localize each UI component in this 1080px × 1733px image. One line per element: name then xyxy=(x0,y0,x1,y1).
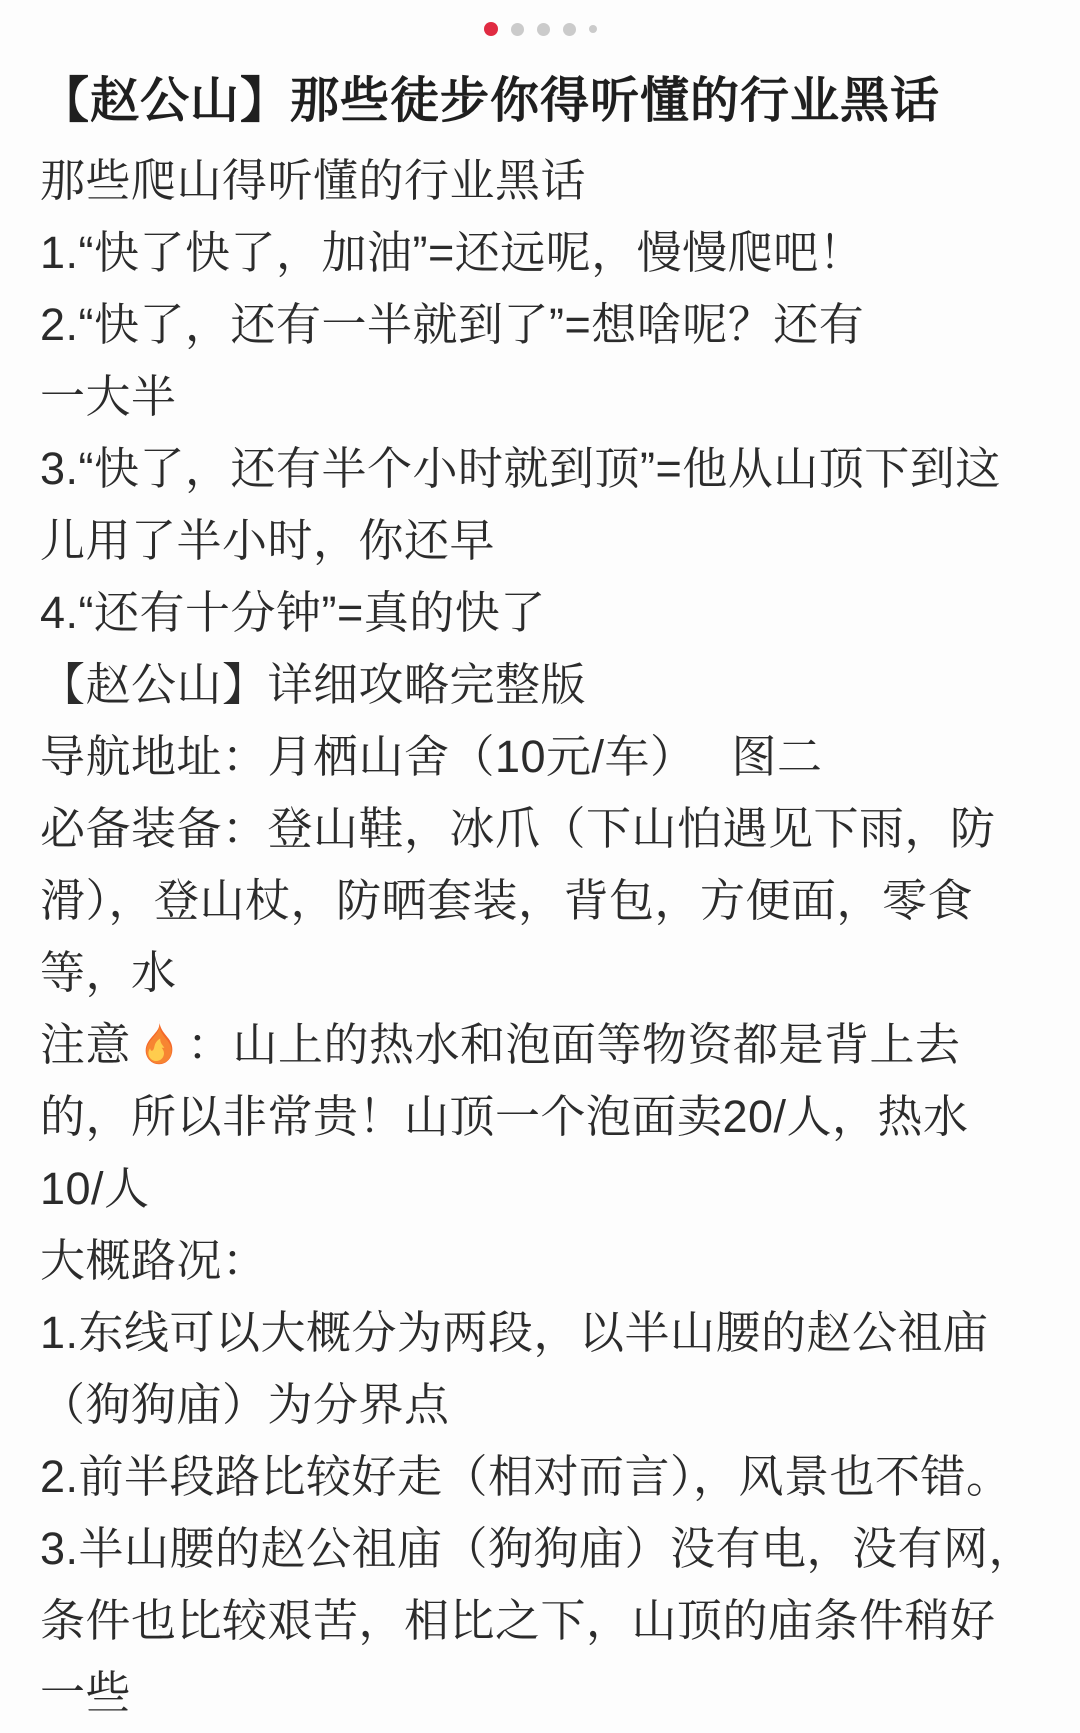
text-line: 【赵公山】详细攻略完整版 xyxy=(40,649,1080,721)
note-image-page: 【赵公山】那些徒步你得听懂的行业黑话 那些爬山得听懂的行业黑话1.“快了快了，加… xyxy=(0,0,1080,1733)
text-line: 10/人 xyxy=(40,1153,1080,1225)
carousel-dot xyxy=(563,23,576,36)
text-line: 那些爬山得听懂的行业黑话 xyxy=(40,145,1080,217)
text-line: 条件也比较艰苦，相比之下，山顶的庙条件稍好 xyxy=(40,1585,1080,1657)
text-line: 4.“还有十分钟”=真的快了 xyxy=(40,577,1080,649)
text-line: 注意 ：山上的热水和泡面等物资都是背上去 xyxy=(40,1009,1080,1081)
carousel-dot xyxy=(537,23,550,36)
text-line: 滑），登山杖，防晒套装，背包，方便面，零食 xyxy=(40,865,1080,937)
text-line: 3.“快了，还有半个小时就到顶”=他从山顶下到这 xyxy=(40,433,1080,505)
fire-emoji-icon xyxy=(134,1018,184,1068)
text-line: 一些 xyxy=(40,1657,1080,1729)
text-line: 的，所以非常贵！山顶一个泡面卖20/人，热水 xyxy=(40,1081,1080,1153)
text-line: 等，水 xyxy=(40,937,1080,1009)
post-title: 【赵公山】那些徒步你得听懂的行业黑话 xyxy=(40,73,1050,129)
text-line: 3.半山腰的赵公祖庙（狗狗庙）没有电，没有网， xyxy=(40,1513,1080,1585)
carousel-dot-active xyxy=(484,22,498,36)
carousel-dot xyxy=(589,25,597,33)
post-body: 那些爬山得听懂的行业黑话1.“快了快了，加油”=还远呢，慢慢爬吧！2.“快了，还… xyxy=(40,145,1080,1729)
text-line: 1.东线可以大概分为两段，以半山腰的赵公祖庙 xyxy=(40,1297,1080,1369)
text-line: 儿用了半小时，你还早 xyxy=(40,505,1080,577)
text-line: 一大半 xyxy=(40,361,1080,433)
text-line: 2.“快了，还有一半就到了”=想啥呢？还有 xyxy=(40,289,1080,361)
carousel-pagination-dots[interactable] xyxy=(0,0,1080,37)
carousel-dot xyxy=(511,23,524,36)
text-line: 大概路况： xyxy=(40,1225,1080,1297)
text-line: 2.前半段路比较好走（相对而言），风景也不错。 xyxy=(40,1441,1080,1513)
text-line: 1.“快了快了，加油”=还远呢，慢慢爬吧！ xyxy=(40,217,1080,289)
text-line: （狗狗庙）为分界点 xyxy=(40,1369,1080,1441)
text-line: 必备装备：登山鞋，冰爪（下山怕遇见下雨，防 xyxy=(40,793,1080,865)
text-line: 导航地址：月栖山舍（10元/车） 图二 xyxy=(40,721,1080,793)
